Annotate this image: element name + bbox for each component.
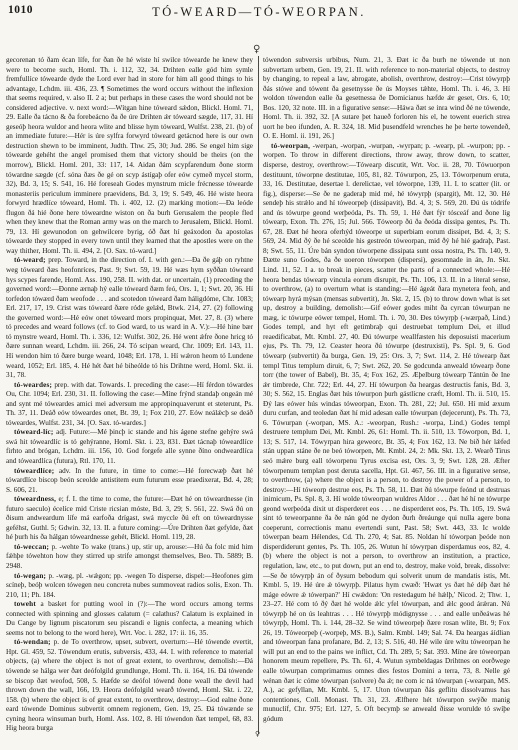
- entry-to-weardes: tó-weardes; prep. with dat. Towards. I. …: [6, 381, 253, 429]
- page-header: 1010 TÓ-WEARD—TÓ-WEORPAN.: [0, 0, 518, 27]
- text-columns: gecorenan tó ðam écan lífe, for ðan ðe h…: [0, 56, 518, 734]
- entry-to-wegan: tó-wegan; p. -wæg, pl. -wǽgon; pp. -wege…: [6, 572, 253, 601]
- headword: tó-wendan;: [14, 638, 51, 646]
- headword: toweht: [14, 600, 36, 608]
- entry-text: p. de To overthrow, upset, subvert, over…: [6, 638, 253, 732]
- column-divider-rule: ♀ ♀: [258, 56, 259, 734]
- left-column: gecorenan tó ðam écan lífe, for ðan ðe h…: [6, 56, 253, 734]
- entry-toweardness: tóweardness, e; f. I. the time to come, …: [6, 495, 253, 543]
- ink-mark-bottom: ♀: [255, 729, 260, 739]
- entry-text: -werpan, -worpan, -wurpan, -wyrpan; p. -…: [263, 142, 510, 723]
- headword: tó-weardes;: [14, 381, 52, 389]
- page-title: TÓ-WEARD—TÓ-WEORPAN.: [0, 5, 518, 20]
- right-column: tówendon subversis urbibus, Num. 21, 3. …: [263, 56, 510, 734]
- headword: tóweardlíce;: [14, 467, 54, 475]
- entry-text: tówendon subversis urbibus, Num. 21, 3. …: [263, 56, 510, 140]
- headword: tóweard-líc;: [14, 428, 54, 436]
- entry-toweht: toweht a basket for putting wool in (?):…: [6, 600, 253, 638]
- entry-text: gecorenan tó ðam écan lífe, for ðan ðe h…: [6, 56, 253, 255]
- entry-continuation-to-wendan: tówendon subversis urbibus, Num. 21, 3. …: [263, 56, 510, 142]
- entry-continuation-to-weard-adj: gecorenan tó ðam écan lífe, for ðan ðe h…: [6, 56, 253, 256]
- page-number: 1010: [8, 4, 33, 16]
- entry-to-weorpan: tó-weorpan, -werpan, -worpan, -wurpan, -…: [263, 142, 510, 724]
- entry-toweardlice: tóweardlíce; adv. In the future, in time…: [6, 467, 253, 496]
- entry-text: a basket for putting wool in (?):—The wo…: [6, 600, 253, 637]
- headword: tó-weard;: [14, 256, 46, 264]
- entry-to-weard-prep: tó-weard; prep. Toward, in the direction…: [6, 256, 253, 380]
- ink-mark-top: ♀: [253, 45, 260, 55]
- headword: tó-wegan;: [14, 572, 46, 580]
- headword: tóweardness,: [14, 495, 56, 503]
- entry-text: prep. Toward, in the direction of. I. wi…: [6, 256, 253, 379]
- headword: tó-weorpan,: [271, 142, 310, 150]
- entry-to-weccan: tó-weccan; p. -wehte To wake (trans.) up…: [6, 543, 253, 572]
- entry-toweard-lic: tóweard-líc; adj. Future:—Mé þincþ ic st…: [6, 428, 253, 466]
- dictionary-page: 1010 TÓ-WEARD—TÓ-WEORPAN. gecorenan tó ð…: [0, 0, 518, 750]
- entry-to-wendan: tó-wendan; p. de To overthrow, upset, su…: [6, 638, 253, 733]
- headword: tó-weccan;: [14, 543, 49, 551]
